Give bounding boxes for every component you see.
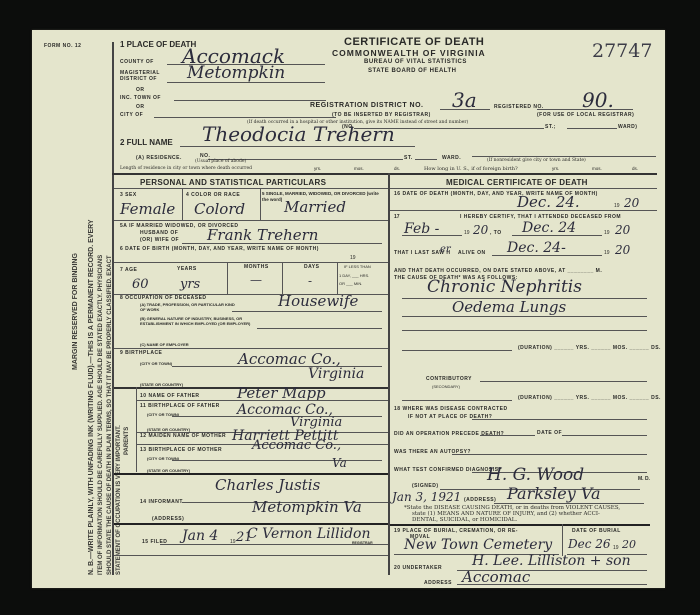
form-number: FORM NO. 12 xyxy=(44,43,81,49)
margin-note-4: STATEMENT OF OCCUPATION IS VERY IMPORTAN… xyxy=(116,425,122,575)
age-label: 7 AGE xyxy=(120,267,137,273)
occupation-label: 8 OCCUPATION OF DECEASED xyxy=(120,295,207,301)
registered-note: (FOR USE OF LOCAL REGISTRAR) xyxy=(537,112,634,118)
undertaker-address-label: ADDRESS xyxy=(424,580,452,586)
medical-header: MEDICAL CERTIFICATE OF DEATH xyxy=(446,178,588,187)
physician-address-value: Parksley Va xyxy=(507,484,600,503)
burial-date-value: Dec 26 xyxy=(568,537,611,551)
margin-binding-text: MARGIN RESERVED FOR BINDING xyxy=(72,253,79,370)
to-year-prefix: 19 xyxy=(604,230,610,236)
registrar-value: C Vernon Lillidon xyxy=(247,526,371,542)
duration-label: (DURATION) ______ YRS. ______ MOS. _____… xyxy=(518,345,661,351)
color-value: Colord xyxy=(194,200,245,218)
marital-value: Married xyxy=(284,198,346,216)
occupation-a-label: (A) TRADE, PROFESSION, OR PARTICULAR KIN… xyxy=(140,302,235,312)
ward-label: WARD) xyxy=(618,124,637,130)
district-label: DISTRICT OF xyxy=(120,76,157,82)
yrs-label: yrs. xyxy=(314,166,321,171)
cause-primary-value: Chronic Nephritis xyxy=(427,277,582,297)
age-days-value: - xyxy=(308,274,312,288)
md-label: M. D. xyxy=(638,476,650,482)
burial-year-value: 20 xyxy=(622,538,636,551)
last-saw-pronoun: er xyxy=(440,244,451,255)
registration-district-label: REGISTRATION DISTRICT NO. xyxy=(310,102,423,109)
residence-label: (A) RESIDENCE. xyxy=(136,155,182,161)
dob-label: 6 DATE OF BIRTH (MONTH, DAY, AND YEAR, W… xyxy=(120,246,319,252)
or-text: OR xyxy=(136,87,145,93)
or-text: OR xyxy=(136,104,145,110)
certify-number: 17 xyxy=(394,214,400,220)
mother-birthplace-city: Accomac Co., xyxy=(252,438,341,453)
margin-note-2: ITEM OF INFORMATION SHOULD BE CAREFULLY … xyxy=(98,255,104,575)
city-or-town-label: (CITY OR TOWN) xyxy=(140,361,172,366)
full-name-label: 2 FULL NAME xyxy=(120,138,173,147)
mos-label: mos. xyxy=(354,166,364,171)
certificate-number: 27747 xyxy=(592,40,652,62)
signed-date-value: Jan 3, 1921 xyxy=(392,490,461,504)
registrar-label: REGISTRAR xyxy=(352,541,373,545)
cause-secondary-value: Oedema Lungs xyxy=(452,298,566,316)
city-label: CITY OF xyxy=(120,112,143,118)
to-label: , TO xyxy=(490,230,502,236)
date-of-death-value: Dec. 24. xyxy=(517,193,580,211)
residence-st-label: ST. xyxy=(404,155,413,161)
physician-signature: H. G. Wood xyxy=(487,465,584,485)
informant-address-value: Metompkin Va xyxy=(252,498,362,516)
age-months-value: — xyxy=(250,273,262,287)
filed-date-value: Jan 4 xyxy=(182,528,218,544)
burial-year-prefix: 19 xyxy=(613,545,619,551)
death-occurred-label: AND THAT DEATH OCCURRED, ON DATE STATED … xyxy=(394,268,602,274)
county-label: COUNTY OF xyxy=(120,59,154,65)
months-label: MONTHS xyxy=(244,264,269,270)
nonresident-note: (If nonresident give city or town and St… xyxy=(487,158,586,163)
district-note: (TO BE INSERTED BY REGISTRAR) xyxy=(332,112,431,118)
husband-of-label: HUSBAND OF xyxy=(140,230,178,236)
yrs-label-2: yrs. xyxy=(552,166,559,171)
inc-town-label: INC. TOWN OF xyxy=(120,95,161,101)
age-years-unit: yrs xyxy=(180,277,200,292)
informant-label: 14 INFORMANT xyxy=(140,499,183,505)
hrs-label: 1 DAY, ___ HRS. xyxy=(339,273,369,278)
contributory-label: CONTRIBUTORY xyxy=(426,376,472,382)
residence-ward-label: WARD. xyxy=(442,155,461,161)
margin-note-1: N. B.—WRITE PLAINLY, WITH UNFADING INK (… xyxy=(88,219,95,575)
sex-value: Female xyxy=(120,200,175,218)
last-saw-year: 20 xyxy=(615,243,630,257)
parents-label: PARENTS xyxy=(124,427,130,455)
certificate-title: CERTIFICATE OF DEATH xyxy=(344,36,484,48)
informant-address-label: (ADDRESS) xyxy=(152,516,184,522)
magisterial-district-value: Metompkin xyxy=(187,63,285,83)
full-name-value: Theodocia Trehern xyxy=(202,122,395,146)
father-name-label: 10 NAME OF FATHER xyxy=(140,393,200,399)
length-of-residence-label: Length of residence in city or town wher… xyxy=(120,166,252,171)
mother-birthplace-label: 13 BIRTHPLACE OF MOTHER xyxy=(140,447,222,453)
min-label: OR ___ MIN. xyxy=(339,281,362,286)
footnote: *State the DISEASE CAUSING DEATH, or in … xyxy=(404,505,620,523)
burial-date-label: DATE OF BURIAL xyxy=(572,528,621,534)
mos-label-2: mos. xyxy=(592,166,602,171)
spouse-value: Frank Trehern xyxy=(207,226,318,244)
operation-label: DID AN OPERATION PRECEDE DEATH? xyxy=(394,431,504,437)
alive-on-label: ALIVE ON xyxy=(458,250,486,256)
attended-from-year: 20 xyxy=(473,223,488,237)
last-saw-date: Dec. 24- xyxy=(507,240,566,256)
days-label: DAYS xyxy=(304,264,319,270)
less-than-label: IF LESS THAN xyxy=(344,264,371,269)
birthplace-state-value: Virginia xyxy=(308,366,364,382)
age-years-value: 60 xyxy=(132,277,149,292)
sex-label: 3 SEX xyxy=(120,192,137,198)
duration-label-2: (DURATION) ______ YRS. ______ MOS. _____… xyxy=(518,395,661,401)
informant-value: Charles Justis xyxy=(215,476,320,494)
registration-district-value: 3a xyxy=(452,88,477,112)
birthplace-label: 9 BIRTHPLACE xyxy=(120,350,162,356)
mother-name-label: 12 MAIDEN NAME OF MOTHER xyxy=(140,433,226,439)
color-label: 4 COLOR OR RACE xyxy=(186,192,240,198)
secondary-label: (SECONDARY) xyxy=(432,384,460,389)
wife-of-label: (OR) WIFE OF xyxy=(140,237,179,243)
death-certificate: FORM NO. 12 MARGIN RESERVED FOR BINDING … xyxy=(32,30,665,588)
employer-label: (C) NAME OF EMPLOYER xyxy=(140,342,189,347)
undertaker-label: 20 UNDERTAKER xyxy=(394,565,442,571)
dob-year-prefix: 19 xyxy=(350,255,356,261)
st-label: ST.; xyxy=(545,124,556,130)
physician-address-label: (ADDRESS) xyxy=(464,497,496,503)
board-name: STATE BOARD OF HEALTH xyxy=(368,68,457,74)
occupation-b-label: (B) GENERAL NATURE OF INDUSTRY, BUSINESS… xyxy=(140,316,255,326)
undertaker-value: H. Lee. Lilliston + son xyxy=(472,553,631,569)
attended-to-year: 20 xyxy=(615,223,630,237)
footnote-line: DENTAL, SUICIDAL, or HOMICIDAL. xyxy=(404,517,620,523)
usual-abode-note: (Usual place of abode) xyxy=(195,159,246,164)
ds-label: ds. xyxy=(394,166,400,171)
certificate-subtitle: COMMONWEALTH OF VIRGINIA xyxy=(332,48,486,58)
bureau-name: BUREAU OF VITAL STATISTICS xyxy=(364,59,467,65)
personal-header: PERSONAL AND STATISTICAL PARTICULARS xyxy=(140,178,326,187)
burial-place-value: New Town Cemetery xyxy=(404,537,552,553)
attended-to-value: Dec. 24 xyxy=(522,220,576,236)
contracted-label: 18 WHERE WAS DISEASE CONTRACTED xyxy=(394,406,508,412)
how-long-label: How long in U. S., if of foreign birth? xyxy=(424,166,518,172)
ds-label-2: ds. xyxy=(632,166,638,171)
operation-date-label: DATE OF xyxy=(537,430,562,436)
occupation-value: Housewife xyxy=(278,292,358,310)
mother-birthplace-state: Va xyxy=(332,456,347,470)
from-year-prefix: 19 xyxy=(464,230,470,236)
registered-no-value: 90. xyxy=(582,88,614,112)
father-birthplace-label: 11 BIRTHPLACE OF FATHER xyxy=(140,403,220,409)
signed-label: (SIGNED) xyxy=(412,483,439,489)
years-label: YEARS xyxy=(177,266,197,272)
last-year-prefix: 19 xyxy=(604,250,610,256)
dod-year-prefix: 19 xyxy=(614,203,620,209)
dod-year-value: 20 xyxy=(624,196,639,210)
